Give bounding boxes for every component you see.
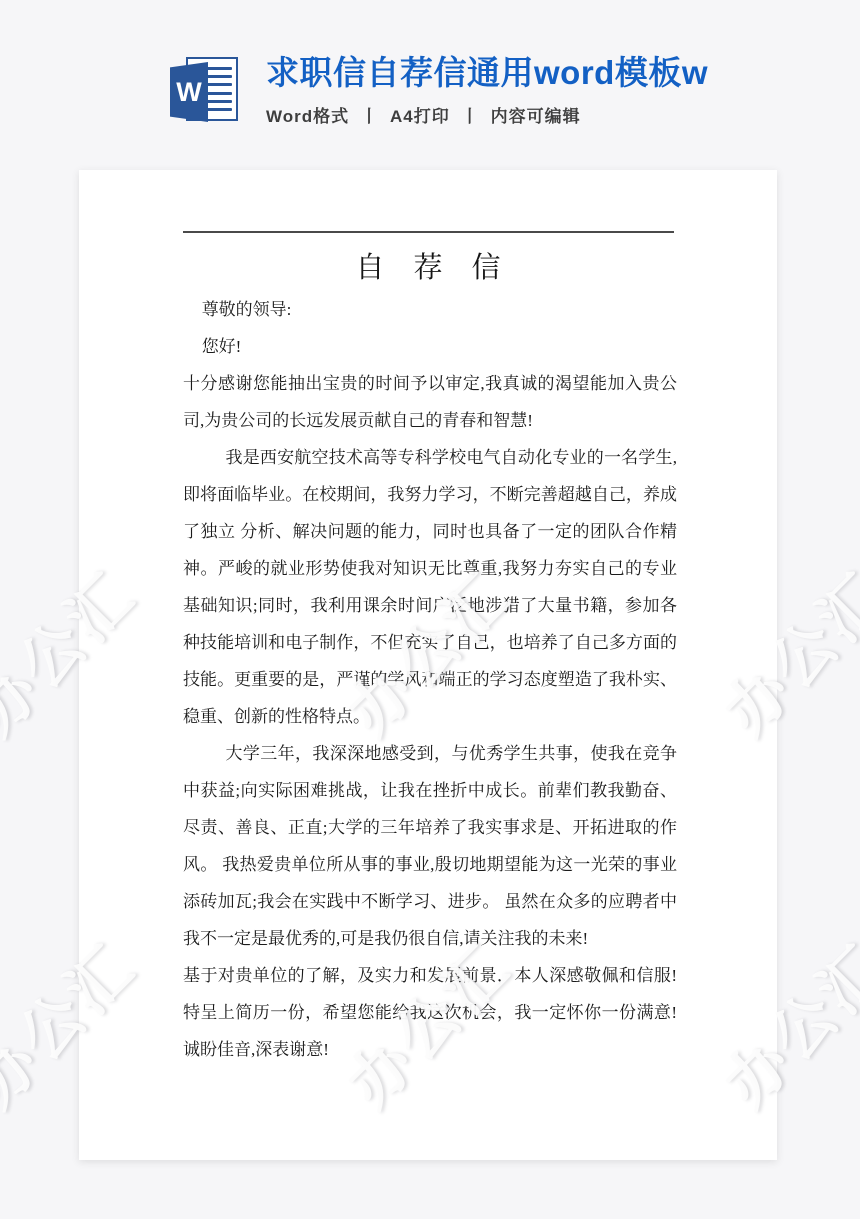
document-page: 自 荐 信 尊敬的领导: 您好! 十分感谢您能抽出宝贵的时间予以审定,我真诚的渴…	[79, 170, 777, 1160]
document-body: 尊敬的领导: 您好! 十分感谢您能抽出宝贵的时间予以审定,我真诚的渴望能加入贵公…	[183, 291, 677, 1068]
paragraph-college: 大学三年，我深深地感受到，与优秀学生共事，使我在竞争中获益;向实际困难挑战，让我…	[183, 735, 677, 957]
word-file-icon: W	[170, 54, 238, 122]
paragraph-background: 我是西安航空技术高等专科学校电气自动化专业的一名学生,即将面临毕业。在校期间，我…	[183, 439, 677, 735]
template-title[interactable]: 求职信自荐信通用word模板w	[266, 52, 708, 95]
word-icon-letter: W	[176, 79, 201, 106]
document-top-rule	[183, 231, 674, 233]
word-icon-w-panel: W	[170, 62, 208, 122]
document-title: 自 荐 信	[79, 247, 777, 289]
paragraph-thanks: 十分感谢您能抽出宝贵的时间予以审定,我真诚的渴望能加入贵公司,为贵公司的长远发展…	[183, 365, 677, 439]
template-header: W 求职信自荐信通用word模板w Word格式 丨 A4打印 丨 内容可编辑	[170, 52, 708, 127]
paragraph-greeting: 您好!	[183, 328, 677, 365]
header-text-block: 求职信自荐信通用word模板w Word格式 丨 A4打印 丨 内容可编辑	[266, 52, 708, 127]
paragraph-closing: 基于对贵单位的了解，及实力和发展前景，本人深感敬佩和信服! 特呈上简历一份，希望…	[183, 957, 677, 1068]
template-subtitle: Word格式 丨 A4打印 丨 内容可编辑	[266, 102, 708, 127]
paragraph-salutation: 尊敬的领导:	[183, 291, 677, 328]
